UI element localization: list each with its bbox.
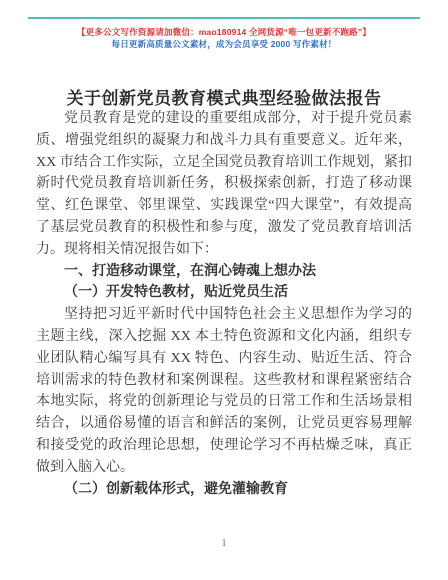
page-number: 1 <box>0 538 448 549</box>
section-heading: （一）开发特色教材，贴近党员生活 <box>36 282 412 304</box>
document-body: 党员教育是党的建设的重要组成部分，对于提升党员素质、增强党组织的凝聚力和战斗力具… <box>36 108 412 500</box>
document-title: 关于创新党员教育模式典型经验做法报告 <box>0 84 448 109</box>
promo-header-line-red: 【更多公文写作资源请加微信：mao180914 全网货源“唯一包更新不跑路”】 <box>0 26 448 38</box>
header-divider <box>28 17 420 19</box>
section-heading: 一、打造移动课堂，在润心铸魂上想办法 <box>36 261 412 283</box>
paragraph: 党员教育是党的建设的重要组成部分，对于提升党员素质、增强党组织的凝聚力和战斗力具… <box>36 108 412 261</box>
document-page: 【更多公文写作资源请加微信：mao180914 全网货源“唯一包更新不跑路”】 … <box>0 0 448 580</box>
paragraph: 坚持把习近平新时代中国特色社会主义思想作为学习的主题主线，深入挖掘 XX 本土特… <box>36 304 412 478</box>
promo-header-line-blue: 每日更新高质量公文素材，成为会员享受 2000 写作素材！ <box>0 38 448 50</box>
section-heading: （二）创新载体形式，避免灌输教育 <box>36 479 412 501</box>
